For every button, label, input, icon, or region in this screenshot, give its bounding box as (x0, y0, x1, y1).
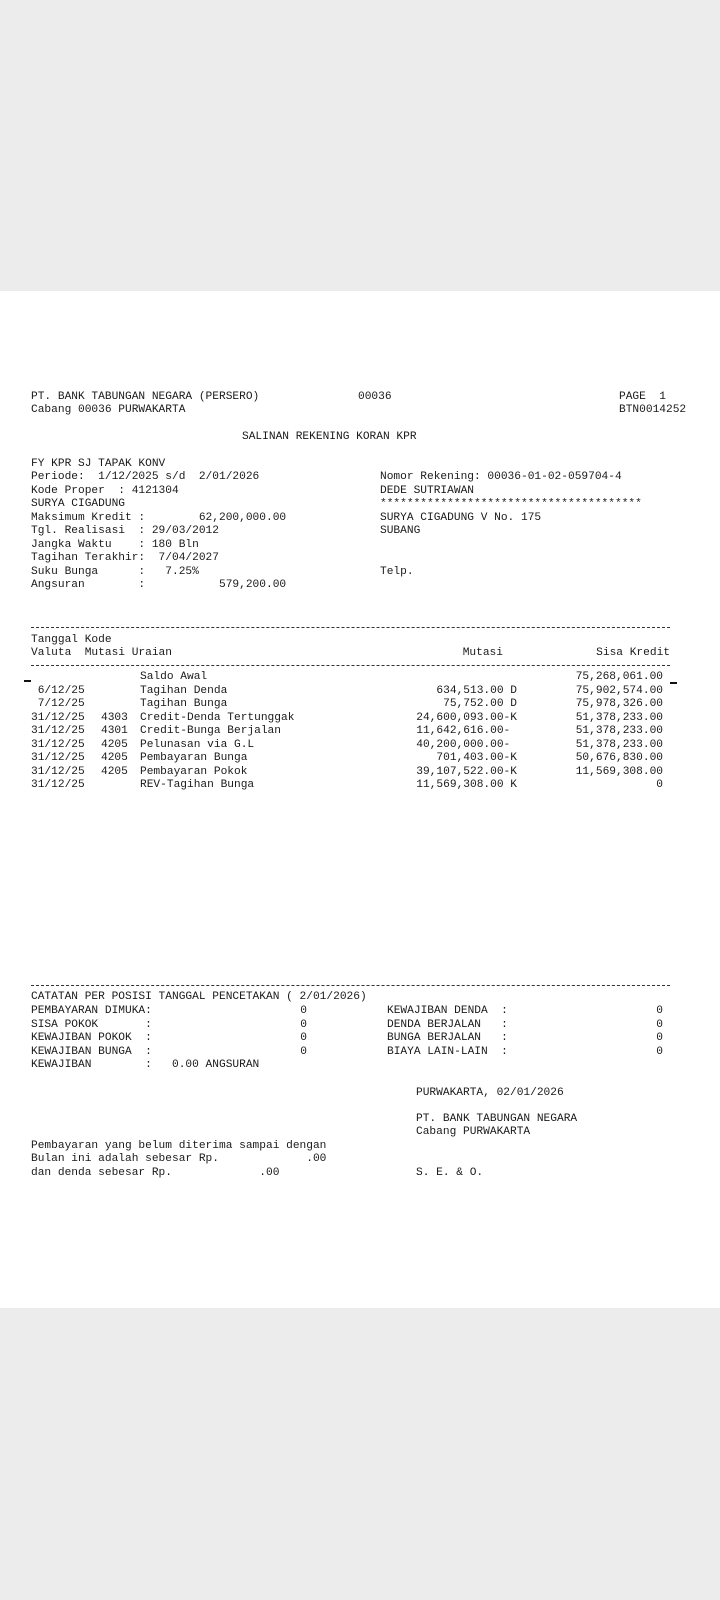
cell-tanggal: 7/12/25 (31, 698, 85, 712)
cell-sisa-kredit: 75,902,574.00 (530, 685, 663, 699)
cell-kode: 4303 (101, 712, 128, 726)
summary-label: DENDA BERJALAN : (387, 1019, 508, 1033)
cell-sisa-kredit: 11,569,308.00 (530, 766, 663, 780)
address-line-2: SUBANG (380, 525, 420, 539)
maksimum-kredit: Maksimum Kredit : 62,200,000.00 (31, 512, 286, 526)
cell-mutasi: 11,569,308.00 K (360, 779, 517, 793)
summary-title: CATATAN PER POSISI TANGGAL PENCETAKAN ( … (31, 991, 367, 1005)
footer-branch: Cabang PURWAKARTA (416, 1126, 530, 1140)
summary-value: 0 (247, 1005, 307, 1019)
footer-bank-name: PT. BANK TABUNGAN NEGARA (416, 1113, 577, 1127)
cell-sisa-kredit: 0 (530, 779, 663, 793)
cell-tanggal: 31/12/25 (31, 766, 85, 780)
branch-line: Cabang 00036 PURWAKARTA (31, 404, 185, 418)
cell-tanggal: 31/12/25 (31, 739, 85, 753)
cell-mutasi: 634,513.00 D (360, 685, 517, 699)
cell-sisa-kredit: 51,378,233.00 (530, 725, 663, 739)
jangka-waktu: Jangka Waktu : 180 Bln (31, 539, 199, 553)
cursor-mark (670, 682, 677, 684)
summary-label: BIAYA LAIN-LAIN : (387, 1046, 508, 1060)
cell-tanggal: 6/12/25 (31, 685, 85, 699)
telephone: Telp. (380, 566, 414, 580)
cell-sisa-kredit: 51,378,233.00 (530, 739, 663, 753)
note-line-1: Pembayaran yang belum diterima sampai de… (31, 1140, 326, 1154)
summary-label: BUNGA BERJALAN : (387, 1032, 508, 1046)
cell-tanggal: 31/12/25 (31, 752, 85, 766)
kewajiban: KEWAJIBAN : 0.00 ANGSURAN (31, 1059, 259, 1073)
cell-kode: 4205 (101, 766, 128, 780)
summary-value: 0 (247, 1019, 307, 1033)
document-title: SALINAN REKENING KORAN KPR (242, 431, 417, 445)
signoff: S. E. & O. (416, 1167, 483, 1181)
summary-label: KEWAJIBAN DENDA : (387, 1005, 508, 1019)
cell-uraian: REV-Tagihan Bunga (140, 779, 254, 793)
divider (31, 627, 670, 628)
summary-label: KEWAJIBAN POKOK : (31, 1032, 152, 1046)
column-mutasi: Mutasi (380, 647, 503, 661)
cell-uraian: Pembayaran Pokok (140, 766, 247, 780)
note-line-3: dan denda sebesar Rp. .00 (31, 1167, 279, 1181)
cell-mutasi: 24,600,093.00-K (360, 712, 517, 726)
project-name: SURYA CIGADUNG (31, 498, 125, 512)
cell-uraian: Saldo Awal (140, 671, 207, 685)
cell-mutasi: 40,200,000.00- (360, 739, 517, 753)
column-sisa-kredit: Sisa Kredit (540, 647, 670, 661)
cell-tanggal: 31/12/25 (31, 712, 85, 726)
summary-value: 0 (247, 1032, 307, 1046)
cell-mutasi: 701,403.00-K (360, 752, 517, 766)
angsuran: Angsuran : 579,200.00 (31, 579, 286, 593)
doc-code: BTN0014252 (619, 404, 686, 418)
cell-mutasi: 11,642,616.00- (360, 725, 517, 739)
divider (31, 665, 670, 666)
table-header-row2: Valuta Mutasi Uraian (31, 647, 172, 661)
cell-mutasi: 39,107,522.00-K (360, 766, 517, 780)
kode-proper: Kode Proper : 4121304 (31, 485, 179, 499)
masked-field: *************************************** (380, 498, 642, 512)
divider (31, 985, 670, 986)
note-line-2: Bulan ini adalah sebesar Rp. .00 (31, 1153, 326, 1167)
cell-sisa-kredit: 50,676,830.00 (530, 752, 663, 766)
summary-value: 0 (247, 1046, 307, 1060)
summary-value: 0 (603, 1032, 663, 1046)
cell-uraian: Credit-Denda Tertunggak (140, 712, 294, 726)
branch-code: 00036 (358, 391, 392, 405)
cell-sisa-kredit: 75,268,061.00 (530, 671, 663, 685)
cell-tanggal: 31/12/25 (31, 725, 85, 739)
cell-mutasi: 75,752.00 D (360, 698, 517, 712)
summary-value: 0 (603, 1005, 663, 1019)
product-name: FY KPR SJ TAPAK KONV (31, 458, 165, 472)
page-number: PAGE 1 (619, 391, 666, 405)
tgl-realisasi: Tgl. Realisasi : 29/03/2012 (31, 525, 219, 539)
cell-uraian: Pelunasan via G.L (140, 739, 254, 753)
cell-tanggal: 31/12/25 (31, 779, 85, 793)
summary-value: 0 (603, 1046, 663, 1060)
place-date: PURWAKARTA, 02/01/2026 (416, 1087, 564, 1101)
cell-kode: 4301 (101, 725, 128, 739)
cursor-mark (24, 680, 31, 682)
table-header-row1: Tanggal Kode (31, 634, 112, 648)
address-line-1: SURYA CIGADUNG V No. 175 (380, 512, 541, 526)
bank-name: PT. BANK TABUNGAN NEGARA (PERSERO) (31, 391, 259, 405)
summary-label: KEWAJIBAN BUNGA : (31, 1046, 152, 1060)
suku-bunga: Suku Bunga : 7.25% (31, 566, 199, 580)
cell-uraian: Tagihan Denda (140, 685, 227, 699)
cell-uraian: Credit-Bunga Berjalan (140, 725, 281, 739)
customer-name: DEDE SUTRIAWAN (380, 485, 474, 499)
tagihan-terakhir: Tagihan Terakhir: 7/04/2027 (31, 552, 219, 566)
summary-label: SISA POKOK : (31, 1019, 152, 1033)
cell-uraian: Tagihan Bunga (140, 698, 227, 712)
cell-sisa-kredit: 51,378,233.00 (530, 712, 663, 726)
statement-page: PT. BANK TABUNGAN NEGARA (PERSERO) Caban… (0, 291, 720, 1308)
cell-sisa-kredit: 75,978,326.00 (530, 698, 663, 712)
summary-value: 0 (603, 1019, 663, 1033)
periode: Periode: 1/12/2025 s/d 2/01/2026 (31, 471, 259, 485)
summary-label: PEMBAYARAN DIMUKA: (31, 1005, 152, 1019)
cell-kode: 4205 (101, 752, 128, 766)
nomor-rekening: Nomor Rekening: 00036-01-02-059704-4 (380, 471, 622, 485)
cell-uraian: Pembayaran Bunga (140, 752, 247, 766)
cell-kode: 4205 (101, 739, 128, 753)
